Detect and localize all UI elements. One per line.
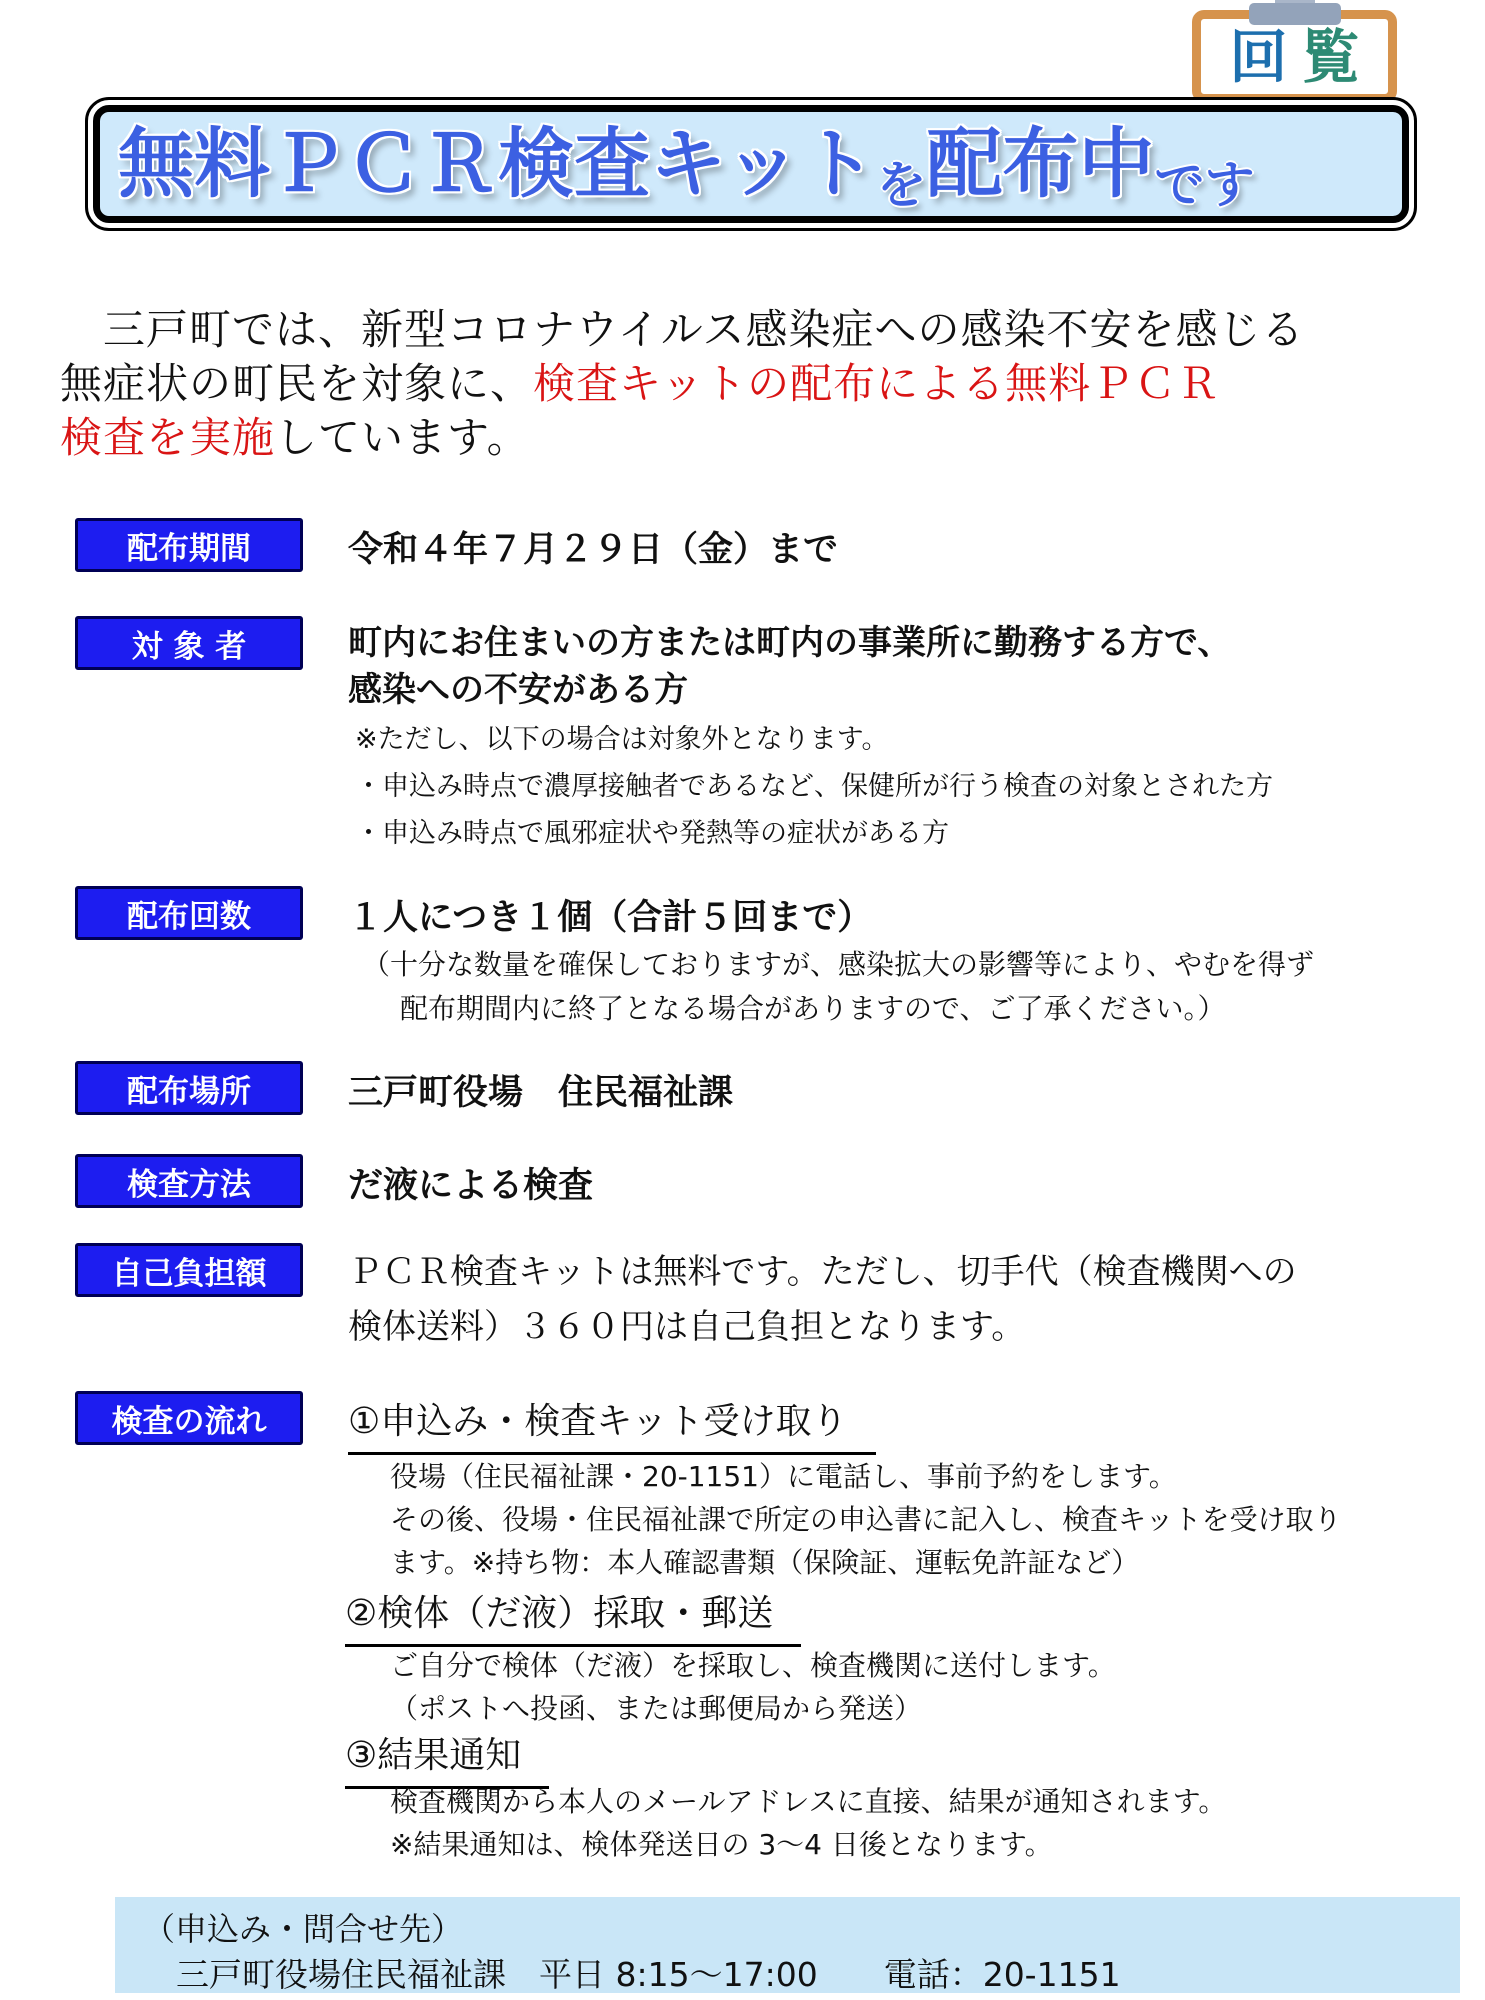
step-2-line-2: （ポストへ投函、または郵便局から発送） (390, 1687, 1116, 1730)
eligible-persons-value: 町内にお住まいの方または町内の事業所に勤務する方で、 感染への不安がある方 (348, 616, 1231, 714)
distribution-place-value: 三戸町役場 住民福祉課 (348, 1061, 733, 1115)
step-1-line-2: その後、役場・住民福祉課で所定の申込書に記入し、検査キットを受け取り (390, 1498, 1341, 1541)
test-flow-step-1-body: 役場（住民福祉課・20-1151）に電話し、事前予約をします。 その後、役場・住… (390, 1455, 1341, 1584)
step-2-line-1: ご自分で検体（だ液）を採取し、検査機関に送付します。 (390, 1644, 1116, 1687)
intro-line-1: 三戸町では、新型コロナウイルス感染症への感染不安を感じる (60, 303, 1430, 357)
intro-line-3: 検査を実施しています。 (60, 411, 1430, 465)
flyer-page: 回 覧 無料ＰＣＲ検査キット を 配布中 です 三戸町では、新型コロナウイルス感… (0, 0, 1485, 2000)
contact-details: 三戸町役場住民福祉課 平日 8:15～17:00 電話：20-1151 (143, 1955, 1460, 1995)
kairan-stamp: 回 覧 (1192, 10, 1397, 103)
eligible-note: ※ただし、以下の場合は対象外となります。 (355, 716, 1273, 763)
stamp-char-ran: 覧 (1302, 28, 1360, 86)
section-label-eligible-persons: 対 象 者 (75, 616, 303, 670)
contact-box: （申込み・問合せ先） 三戸町役場住民福祉課 平日 8:15～17:00 電話：2… (115, 1897, 1460, 1993)
distribution-count-value: １人につき１個（合計５回まで） (348, 886, 872, 940)
eligible-line-1: 町内にお住まいの方または町内の事業所に勤務する方で、 (348, 620, 1231, 667)
section-test-method: 検査方法 だ液による検査 (75, 1154, 593, 1208)
page-title-suffix: です (1154, 160, 1254, 216)
step-1-line-1: 役場（住民福祉課・20-1151）に電話し、事前予約をします。 (390, 1455, 1341, 1498)
section-distribution-place: 配布場所 三戸町役場 住民福祉課 (75, 1061, 733, 1115)
page-title-main-2: 配布中 (926, 126, 1154, 202)
test-flow-step-3-body: 検査機関から本人のメールアドレスに直接、結果が通知されます。 ※結果通知は、検体… (390, 1780, 1226, 1866)
section-label-test-method: 検査方法 (75, 1154, 303, 1208)
section-distribution-period: 配布期間 令和４年７月２９日（金）まで (75, 518, 838, 572)
count-note-2: 配布期間内に終了となる場合がありますので、ご了承ください。） (400, 987, 1314, 1031)
distribution-count-notes: （十分な数量を確保しておりますが、感染拡大の影響等により、やむを得ず 配布期間内… (362, 943, 1314, 1031)
title-banner: 無料ＰＣＲ検査キット を 配布中 です (85, 97, 1417, 231)
test-flow-step-2-body: ご自分で検体（だ液）を採取し、検査機関に送付します。 （ポストへ投函、または郵便… (390, 1644, 1116, 1730)
section-label-distribution-period: 配布期間 (75, 518, 303, 572)
test-method-value: だ液による検査 (348, 1154, 593, 1208)
section-label-distribution-count: 配布回数 (75, 886, 303, 940)
step-3-line-1: 検査機関から本人のメールアドレスに直接、結果が通知されます。 (390, 1780, 1226, 1823)
eligible-line-2: 感染への不安がある方 (348, 667, 1231, 714)
title-banner-inner: 無料ＰＣＲ検査キット を 配布中 です (93, 105, 1409, 223)
self-pay-line-2: 検体送料）３６０円は自己負担となります。 (348, 1300, 1297, 1355)
distribution-period-value: 令和４年７月２９日（金）まで (348, 518, 838, 572)
eligible-exclusion-1: ・申込み時点で濃厚接触者であるなど、保健所が行う検査の対象とされた方 (355, 763, 1273, 810)
test-flow-step-1-title: ①申込み・検査キット受け取り (348, 1391, 876, 1455)
section-label-self-pay: 自己負担額 (75, 1243, 303, 1297)
page-title-particle: を (876, 160, 926, 216)
section-test-flow: 検査の流れ ①申込み・検査キット受け取り (75, 1391, 876, 1455)
self-pay-line-1: ＰＣＲ検査キットは無料です。ただし、切手代（検査機関への (348, 1245, 1297, 1300)
step-1-line-3: ます。※持ち物：本人確認書類（保険証、運転免許証など） (390, 1541, 1341, 1584)
test-flow-step-2-title: ②検体（だ液）採取・郵送 (345, 1583, 801, 1647)
eligible-exclusion-2: ・申込み時点で風邪症状や発熱等の症状がある方 (355, 810, 1273, 857)
highlighted-text: 検査を実施 (60, 413, 275, 462)
contact-heading: （申込み・問合せ先） (143, 1909, 1460, 1949)
section-eligible-persons: 対 象 者 町内にお住まいの方または町内の事業所に勤務する方で、 感染への不安が… (75, 616, 1231, 714)
section-distribution-count: 配布回数 １人につき１個（合計５回まで） (75, 886, 872, 940)
stamp-char-kai: 回 (1229, 28, 1287, 86)
clipboard-clip-icon (1249, 3, 1341, 25)
section-self-pay: 自己負担額 ＰＣＲ検査キットは無料です。ただし、切手代（検査機関への 検体送料）… (75, 1243, 1297, 1355)
highlighted-text: 検査キットの配布による無料ＰＣＲ (533, 359, 1220, 408)
intro-paragraph: 三戸町では、新型コロナウイルス感染症への感染不安を感じる 無症状の町民を対象に、… (60, 303, 1430, 465)
eligible-persons-notes: ※ただし、以下の場合は対象外となります。 ・申込み時点で濃厚接触者であるなど、保… (355, 716, 1273, 857)
section-label-test-flow: 検査の流れ (75, 1391, 303, 1445)
self-pay-value: ＰＣＲ検査キットは無料です。ただし、切手代（検査機関への 検体送料）３６０円は自… (348, 1243, 1297, 1355)
section-label-distribution-place: 配布場所 (75, 1061, 303, 1115)
intro-line-2: 無症状の町民を対象に、検査キットの配布による無料ＰＣＲ (60, 357, 1430, 411)
count-note-1: （十分な数量を確保しておりますが、感染拡大の影響等により、やむを得ず (362, 943, 1314, 987)
page-title-main-1: 無料ＰＣＲ検査キット (118, 126, 876, 202)
step-3-line-2: ※結果通知は、検体発送日の 3～4 日後となります。 (390, 1823, 1226, 1866)
